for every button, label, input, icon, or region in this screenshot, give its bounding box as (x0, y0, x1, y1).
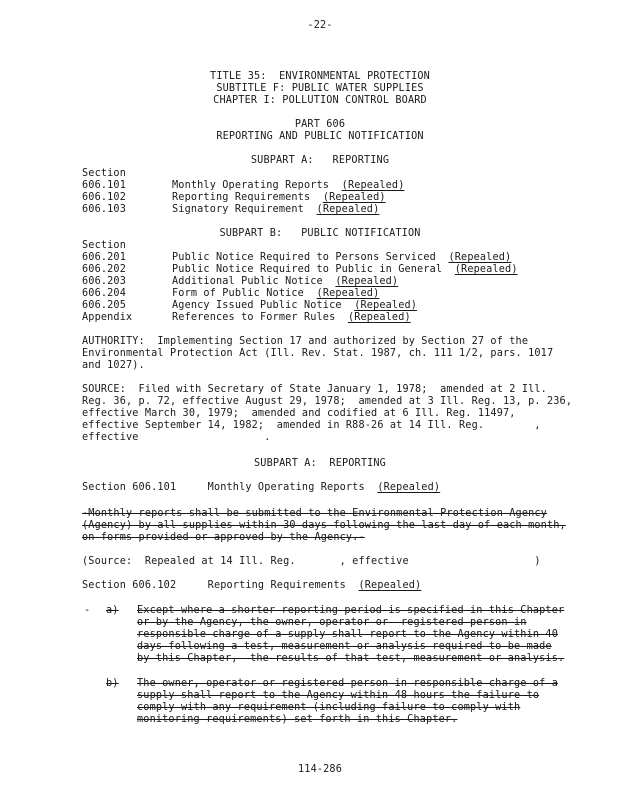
chapter-line: CHAPTER I: POLLUTION CONTROL BOARD (0, 95, 619, 107)
repealed-status: (Repealed) (348, 312, 411, 323)
toc-row-title: Public Notice Required to Persons Servic… (172, 252, 511, 264)
section-606-102-heading: Section 606.102 Reporting Requirements (… (82, 580, 421, 592)
struck-text-line: or by the Agency, the owner, operator or… (137, 617, 527, 629)
part-number: PART 606 (0, 119, 619, 131)
repealed-status: (Repealed) (317, 204, 380, 215)
source-line: effective September 14, 1982; amended in… (82, 420, 541, 432)
toc-row-title: Reporting Requirements (Repealed) (172, 192, 386, 204)
source-note: (Source: Repealed at 14 Ill. Reg. , effe… (82, 556, 541, 568)
toc-row-num: 606.101 (82, 180, 126, 192)
toc-section-label: Section (82, 240, 126, 252)
repealed-status: (Repealed) (377, 482, 440, 493)
source-line: effective March 30, 1979; amended and co… (82, 408, 516, 420)
authority-line: and 1027). (82, 360, 145, 372)
item-marker: a) (106, 605, 119, 617)
section-606-101-heading: Section 606.101 Monthly Operating Report… (82, 482, 440, 494)
title-line: TITLE 35: ENVIRONMENTAL PROTECTION (0, 71, 619, 83)
toc-row-num: 606.201 (82, 252, 126, 264)
insertion-dash: - (84, 605, 90, 617)
repealed-status: (Repealed) (317, 288, 380, 299)
part-name: REPORTING AND PUBLIC NOTIFICATION (0, 131, 619, 143)
repealed-status: (Repealed) (335, 276, 398, 287)
source-line: SOURCE: Filed with Secretary of State Ja… (82, 384, 547, 396)
item-marker: b) (106, 678, 119, 690)
authority-line: AUTHORITY: Implementing Section 17 and a… (82, 336, 528, 348)
toc-row-title: Form of Public Notice (Repealed) (172, 288, 379, 300)
toc-row-num: 606.103 (82, 204, 126, 216)
source-line: effective . (82, 432, 271, 444)
subtitle-line: SUBTITLE F: PUBLIC WATER SUPPLIES (0, 83, 619, 95)
toc-row-title: Monthly Operating Reports (Repealed) (172, 180, 405, 192)
toc-row-title: Additional Public Notice (Repealed) (172, 276, 398, 288)
repealed-status: (Repealed) (358, 580, 421, 591)
struck-text-line: responsible charge of a supply shall rep… (137, 629, 558, 641)
source-line: Reg. 36, p. 72, effective August 29, 197… (82, 396, 572, 408)
toc-row-num: 606.204 (82, 288, 126, 300)
page-footer-number: 114-286 (0, 764, 619, 776)
toc-row-title: References to Former Rules (Repealed) (172, 312, 411, 324)
toc-subpart-b-heading: SUBPART B: PUBLIC NOTIFICATION (0, 228, 619, 240)
struck-text-line: -Monthly reports shall be submitted to t… (82, 508, 547, 520)
struck-text-line: days following a test, measurement or an… (137, 641, 552, 653)
toc-subpart-a-heading: SUBPART A: REPORTING (0, 155, 619, 167)
repealed-status: (Repealed) (342, 180, 405, 191)
repealed-status: (Repealed) (455, 264, 518, 275)
repealed-status: (Repealed) (354, 300, 417, 311)
toc-section-label: Section (82, 168, 126, 180)
struck-text-line: comply with any requirement (including f… (137, 702, 520, 714)
struck-text-line: Except where a shorter reporting period … (137, 605, 564, 617)
struck-text-line: on forms provided or approved by the Age… (82, 532, 365, 544)
authority-line: Environmental Protection Act (Ill. Rev. … (82, 348, 553, 360)
toc-row-title: Public Notice Required to Public in Gene… (172, 264, 518, 276)
toc-row-num: Appendix (82, 312, 132, 324)
toc-row-title: Agency Issued Public Notice (Repealed) (172, 300, 417, 312)
page-number-header: -22- (0, 20, 619, 32)
toc-row-title: Signatory Requirement (Repealed) (172, 204, 379, 216)
document-page: -22- TITLE 35: ENVIRONMENTAL PROTECTION … (0, 0, 619, 800)
toc-row-num: 606.205 (82, 300, 126, 312)
struck-text-line: The owner, operator or registered person… (137, 678, 558, 690)
toc-row-num: 606.102 (82, 192, 126, 204)
body-subpart-heading: SUBPART A: REPORTING (0, 458, 619, 470)
struck-text-line: (Agency) by all supplies within 30 days … (82, 520, 566, 532)
struck-text-line: supply shall report to the Agency within… (137, 690, 539, 702)
repealed-status: (Repealed) (323, 192, 386, 203)
toc-row-num: 606.203 (82, 276, 126, 288)
repealed-status: (Repealed) (448, 252, 511, 263)
struck-text-line: by this Chapter, the results of that tes… (137, 653, 564, 665)
struck-text-line: monitoring requirements) set forth in th… (137, 714, 457, 726)
toc-row-num: 606.202 (82, 264, 126, 276)
